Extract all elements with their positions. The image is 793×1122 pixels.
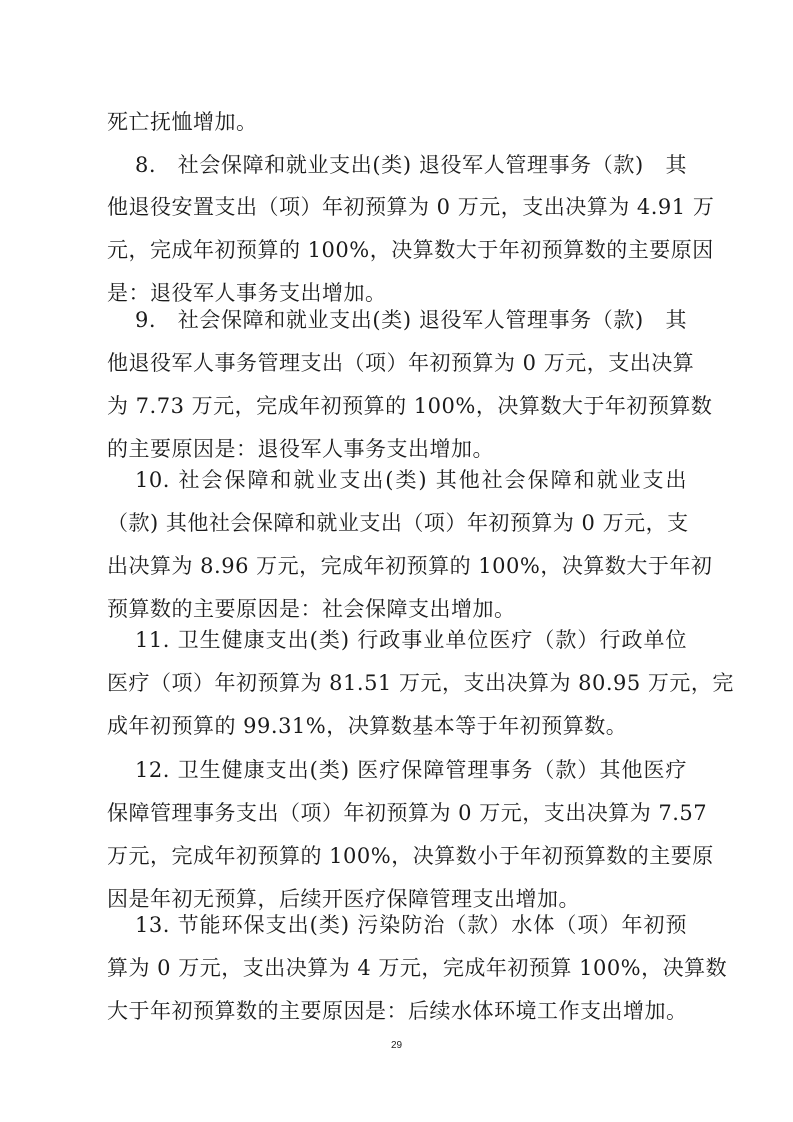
document-page: 死亡抚恤增加。8. 社会保障和就业支出(类) 退役军人管理事务（款) 其他退役安… xyxy=(0,0,793,1122)
text-line: 他退役军人事务管理支出（项）年初预算为 0 万元，支出决算 xyxy=(107,348,687,378)
text-line: 的主要原因是：退役军人事务支出增加。 xyxy=(107,434,687,464)
text-line: 12. 卫生健康支出(类) 医疗保障管理事务（款）其他医疗 xyxy=(135,755,687,785)
page-number: 29 xyxy=(0,1040,793,1051)
text-line: 医疗（项）年初预算为 81.51 万元，支出决算为 80.95 万元，完 xyxy=(107,668,687,698)
text-line: （款) 其他社会保障和就业支出（项）年初预算为 0 万元，支 xyxy=(107,508,687,538)
text-line: 10. 社会保障和就业支出(类) 其他社会保障和就业支出 xyxy=(135,465,687,495)
text-line: 保障管理事务支出（项）年初预算为 0 万元，支出决算为 7.57 xyxy=(107,798,687,828)
text-line: 算为 0 万元，支出决算为 4 万元，完成年初预算 100%，决算数 xyxy=(107,953,687,983)
text-line: 预算数的主要原因是：社会保障支出增加。 xyxy=(107,594,687,624)
text-line: 元，完成年初预算的 100%，决算数大于年初预算数的主要原因 xyxy=(107,235,687,265)
text-line: 8. 社会保障和就业支出(类) 退役军人管理事务（款) 其 xyxy=(135,150,687,180)
text-line: 大于年初预算数的主要原因是：后续水体环境工作支出增加。 xyxy=(107,996,687,1026)
text-line: 11. 卫生健康支出(类) 行政事业单位医疗（款）行政单位 xyxy=(135,625,687,655)
text-line: 9. 社会保障和就业支出(类) 退役军人管理事务（款) 其 xyxy=(135,305,687,335)
text-line: 他退役安置支出（项）年初预算为 0 万元，支出决算为 4.91 万 xyxy=(107,192,687,222)
text-line: 万元，完成年初预算的 100%，决算数小于年初预算数的主要原 xyxy=(107,841,687,871)
text-line: 是：退役军人事务支出增加。 xyxy=(107,278,687,308)
text-line: 死亡抚恤增加。 xyxy=(107,107,687,137)
text-line: 13. 节能环保支出(类) 污染防治（款）水体（项）年初预 xyxy=(135,910,687,940)
text-line: 成年初预算的 99.31%，决算数基本等于年初预算数。 xyxy=(107,711,687,741)
text-line: 为 7.73 万元，完成年初预算的 100%，决算数大于年初预算数 xyxy=(107,391,687,421)
text-line: 出决算为 8.96 万元，完成年初预算的 100%，决算数大于年初 xyxy=(107,551,687,581)
